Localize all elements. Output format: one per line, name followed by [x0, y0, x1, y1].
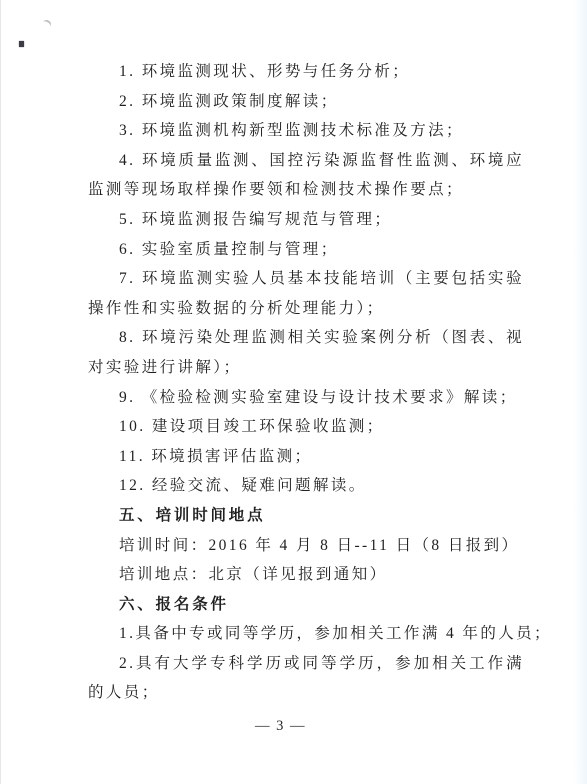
training-location-line: 培训地点：北京（详见报到通知）	[88, 560, 524, 590]
section-heading-schedule: 五、培训时间地点	[88, 501, 524, 531]
scanned-document-page: 1. 环境监测现状、形势与任务分析； 2. 环境监测政策制度解读； 3. 环境监…	[0, 0, 587, 784]
ink-speck	[19, 41, 24, 47]
ink-speck	[40, 18, 52, 30]
requirement-item-1: 1.具备中专或同等学历，参加相关工作满 4 年的人员；	[88, 619, 524, 649]
curriculum-item-10: 10. 建设项目竣工环保验收监测；	[88, 412, 524, 442]
curriculum-item-8-continued: 对实验进行讲解）；	[88, 353, 524, 383]
scan-edge-shadow	[573, 0, 587, 784]
requirement-item-2-continued: 的人员；	[88, 678, 524, 708]
training-time-line: 培训时间：2016 年 4 月 8 日--11 日（8 日报到）	[88, 531, 524, 561]
scan-left-edge-line	[0, 0, 1, 784]
curriculum-item-1: 1. 环境监测现状、形势与任务分析；	[88, 57, 524, 87]
curriculum-item-4: 4. 环境质量监测、国控污染源监督性监测、环境应急	[88, 146, 524, 176]
curriculum-item-6: 6. 实验室质量控制与管理；	[88, 235, 524, 265]
curriculum-item-7: 7. 环境监测实验人员基本技能培训（主要包括实验的	[88, 264, 524, 294]
curriculum-item-12: 12. 经验交流、疑难问题解读。	[88, 471, 524, 501]
curriculum-item-2: 2. 环境监测政策制度解读；	[88, 87, 524, 117]
curriculum-item-7-continued: 操作性和实验数据的分析处理能力）；	[88, 294, 524, 324]
requirement-item-2: 2.具有大学专科学历或同等学历，参加相关工作满 2 年	[88, 649, 524, 679]
curriculum-item-8: 8. 环境污染处理监测相关实验案例分析（图表、视频	[88, 323, 524, 353]
curriculum-item-11: 11. 环境损害评估监测；	[88, 442, 524, 472]
section-heading-requirements: 六、报名条件	[88, 590, 524, 620]
page-number: — 3 —	[0, 718, 574, 735]
curriculum-item-3: 3. 环境监测机构新型监测技术标准及方法；	[88, 116, 524, 146]
curriculum-item-9: 9. 《检验检测实验室建设与设计技术要求》解读；	[88, 383, 524, 413]
curriculum-item-5: 5. 环境监测报告编写规范与管理；	[88, 205, 524, 235]
curriculum-item-4-continued: 监测等现场取样操作要领和检测技术操作要点；	[88, 175, 524, 205]
document-body: 1. 环境监测现状、形势与任务分析； 2. 环境监测政策制度解读； 3. 环境监…	[88, 57, 524, 708]
